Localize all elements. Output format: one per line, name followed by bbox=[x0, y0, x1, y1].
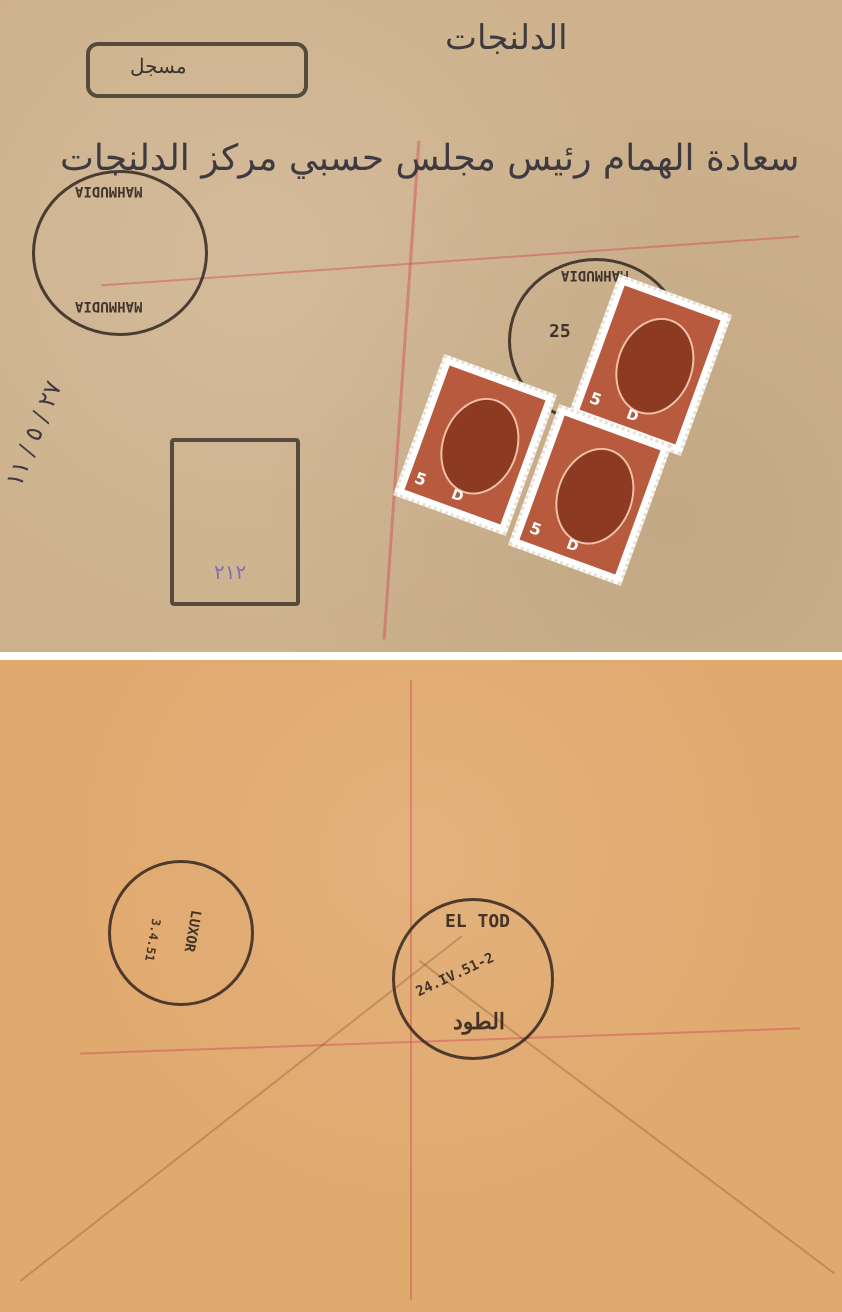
sender-handwriting: ٢٧ / ٥ / ١١ bbox=[0, 377, 68, 491]
envelope-front: الدلنجات مسجل سعادة الهمام رئيس مجلس حسب… bbox=[0, 0, 842, 652]
envelope-back: LUXOR 3.4.51 EL TOD 24.IV.51-2 الطود bbox=[0, 660, 842, 1312]
address-handwriting: سعادة الهمام رئيس مجلس حسبي مركز الدلنجا… bbox=[60, 138, 799, 179]
registered-cachet: مسجل bbox=[86, 42, 308, 98]
header-handwriting: الدلنجات bbox=[445, 18, 568, 58]
square-cachet: ٢١٢ bbox=[170, 438, 300, 606]
registration-line-vertical bbox=[383, 141, 421, 640]
postmark-left: LUXOR 3.4.51 bbox=[108, 860, 254, 1006]
postmark-center: EL TOD 24.IV.51-2 الطود bbox=[392, 898, 554, 1060]
postmark-left: MAHMUDIA MAHMUDIA bbox=[32, 170, 208, 336]
